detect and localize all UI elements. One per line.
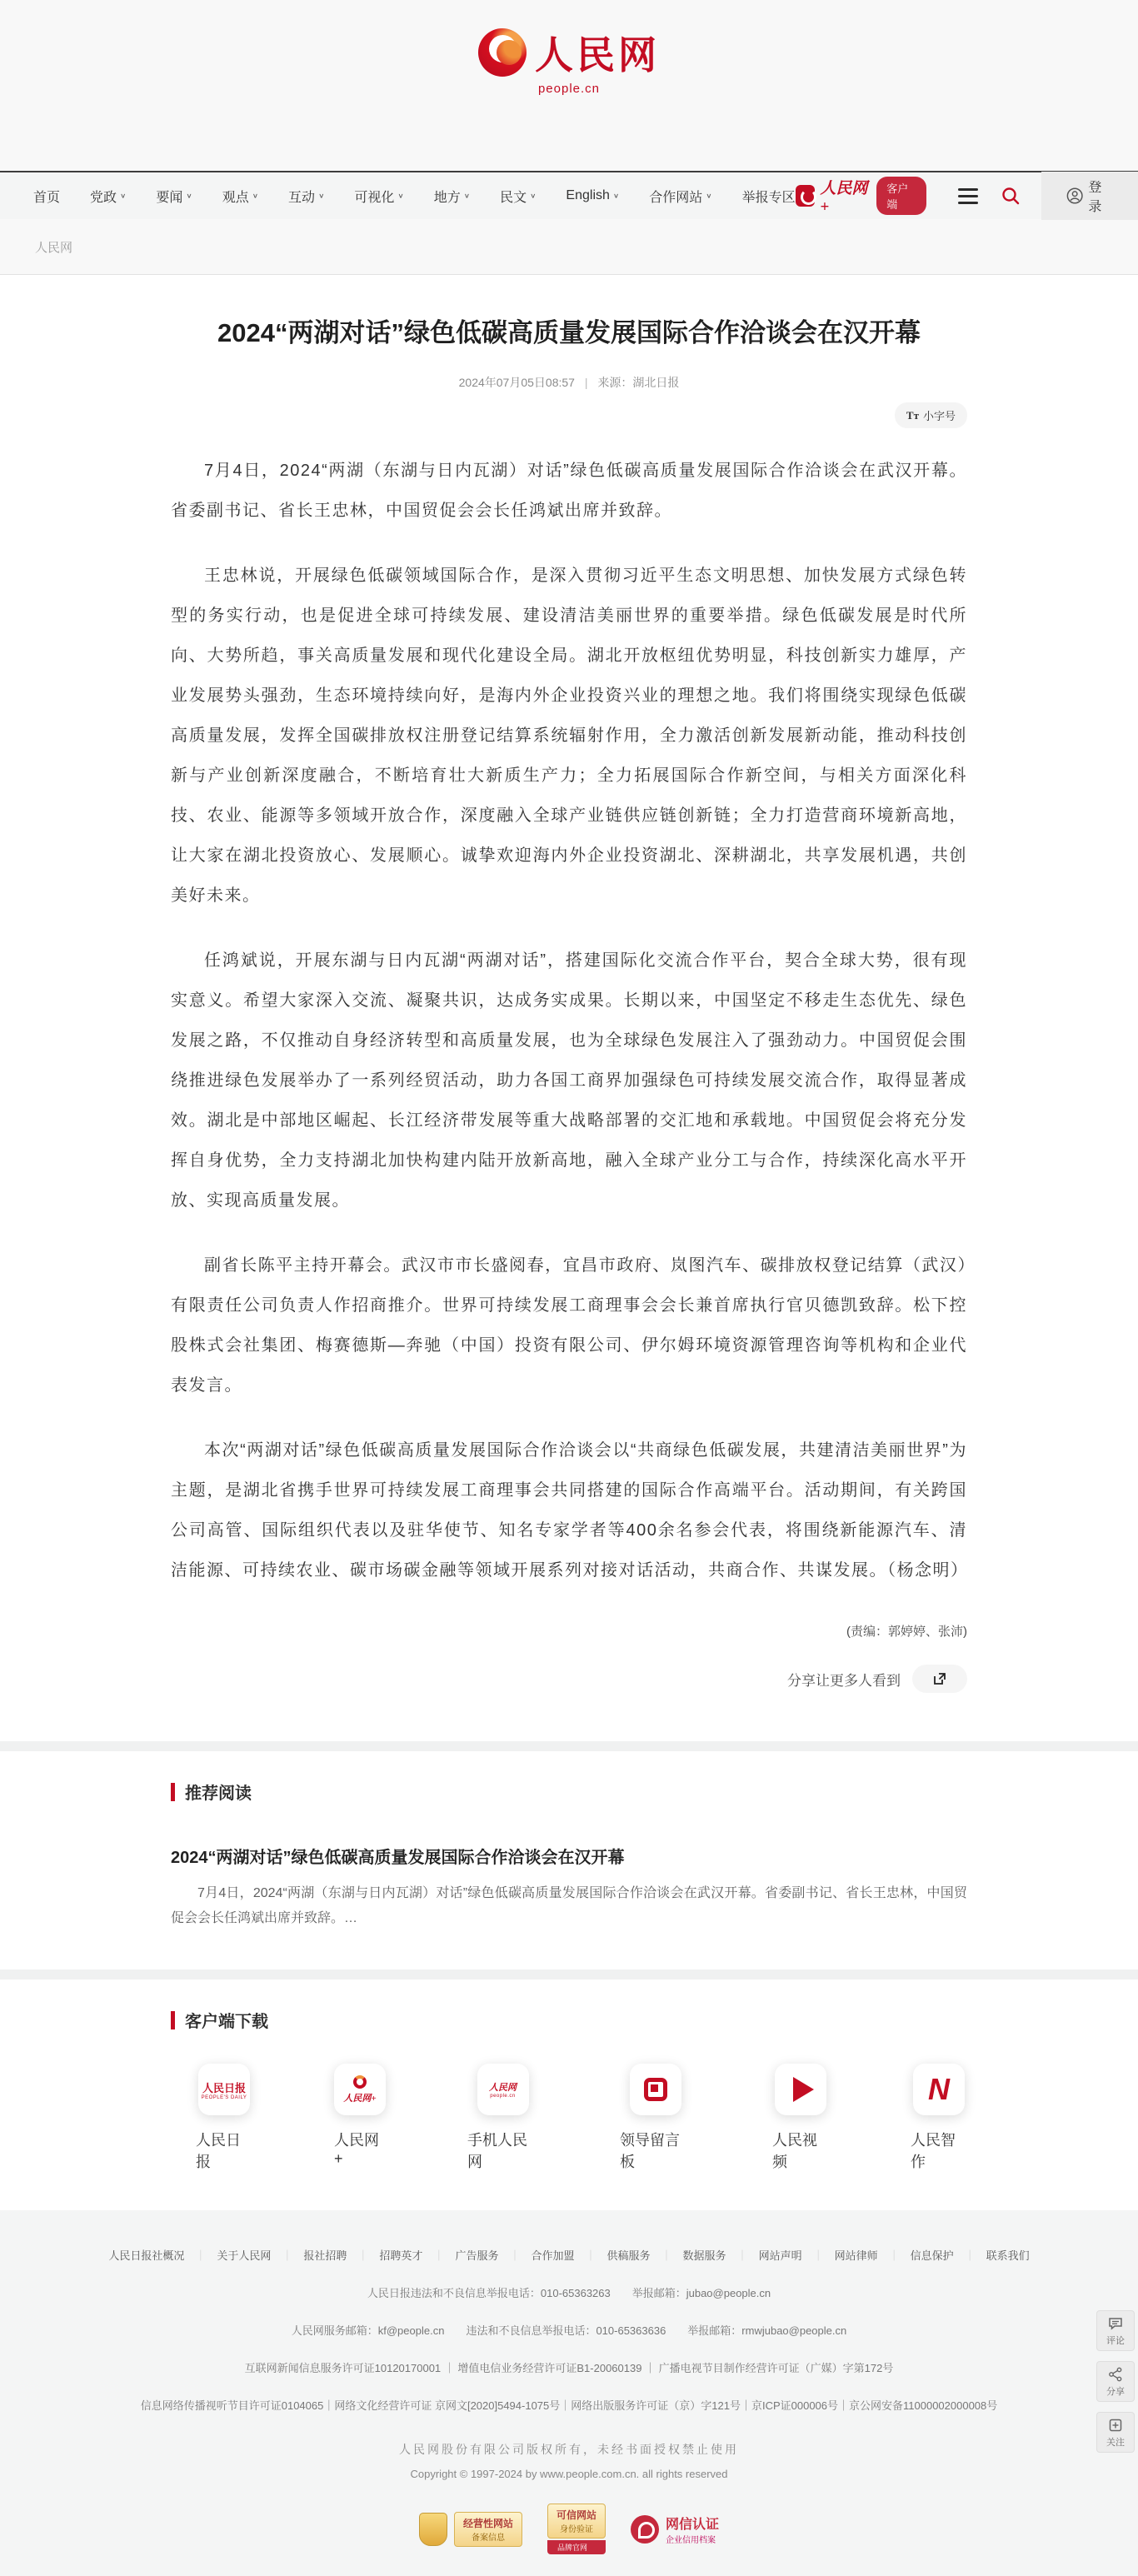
recommend-item-title[interactable]: 2024“两湖对话”绿色低碳高质量发展国际合作洽谈会在汉开幕 [171, 1844, 967, 1868]
meta-separator: | [585, 376, 588, 389]
nav-item-home[interactable]: 首页 [33, 187, 60, 206]
article-meta: 2024年07月05日08:57 | 来源：湖北日报 [171, 374, 967, 391]
app-name: 人民日报 [196, 2129, 252, 2172]
badge-wangxin-cert[interactable]: 网信认证企业信用档案 [631, 2514, 719, 2545]
share-label: 分享让更多人看到 [787, 1669, 901, 1690]
footer-copyright-en: Copyright © 1997-2024 by www.people.com.… [0, 2468, 1138, 2480]
app-client-pill: 客户端 [876, 177, 926, 215]
app-name: 手机人民网 [467, 2129, 538, 2172]
app-badge-name: 人民网+ [820, 176, 871, 217]
app-message-board[interactable]: 领导留言板 [620, 2064, 691, 2172]
badge-icp-record[interactable]: 经营性网站备案信息 [419, 2512, 522, 2547]
footer-link[interactable]: 信息保护 [911, 2247, 954, 2263]
footer-link[interactable]: 报社招聘 [303, 2247, 347, 2263]
floating-toolbar: 评论 分享 关注 [1096, 2310, 1135, 2453]
nav-item-guandian[interactable]: 观点∨ [222, 187, 258, 206]
apps-heading: 客户端下载 [185, 2008, 268, 2032]
chevron-down-icon: ∨ [464, 192, 470, 200]
search-icon [1001, 187, 1020, 205]
chevron-down-icon: ∨ [252, 192, 258, 200]
comment-button[interactable]: 评论 [1096, 2310, 1135, 2351]
recommend-heading: 推荐阅读 [185, 1780, 252, 1804]
font-size-label: 小字号 [923, 407, 956, 423]
paragraph: 副省长陈平主持开幕会。武汉市市长盛阅春，宜昌市政府、岚图汽车、碳排放权登记结算（… [171, 1246, 967, 1405]
chevron-down-icon: ∨ [318, 192, 324, 200]
nav-item-minwen[interactable]: 民文∨ [500, 187, 536, 206]
external-share-icon [932, 1671, 947, 1686]
footer-link[interactable]: 广告服务 [455, 2247, 498, 2263]
footer-link[interactable]: 关于人民网 [217, 2247, 271, 2263]
site-footer: 人民日报社概况｜ 关于人民网｜ 报社招聘｜ 招聘英才｜ 广告服务｜ 合作加盟｜ … [0, 2210, 1138, 2576]
recommend-item-excerpt: 7月4日，2024“两湖（东湖与日内瓦湖）对话”绿色低碳高质量发展国际合作洽谈会… [171, 1881, 967, 1931]
nav-item-jubao[interactable]: 举报专区 [742, 187, 796, 206]
app-name: 领导留言板 [620, 2129, 691, 2172]
paragraph: 任鸿斌说，开展东湖与日内瓦湖“两湖对话”，搭建国际化交流合作平台，契合全球大势，… [171, 941, 967, 1221]
source-label: 来源： [597, 376, 632, 389]
people-app-icon [796, 185, 816, 207]
site-logo[interactable]: 人民网 people.cn [478, 25, 660, 171]
footer-link[interactable]: 网站声明 [759, 2247, 802, 2263]
section-divider [0, 1741, 1138, 1751]
people-zhizuo-app-icon: N [913, 2064, 965, 2115]
chevron-down-icon: ∨ [530, 192, 536, 200]
footer-links: 人民日报社概况｜ 关于人民网｜ 报社招聘｜ 招聘英才｜ 广告服务｜ 合作加盟｜ … [0, 2247, 1138, 2263]
footer-legal-line: 人民网服务邮箱：kf@people.cn 违法和不良信息举报电话：010-653… [0, 2322, 1138, 2338]
share-nodes-icon [1108, 2367, 1123, 2382]
chevron-down-icon: ∨ [706, 192, 711, 200]
app-name: 人民视频 [772, 2129, 829, 2172]
chevron-down-icon: ∨ [186, 192, 192, 200]
people-plus-app-icon: 人民网+ [334, 2064, 386, 2115]
breadcrumb-bar: 人民网 [0, 219, 1138, 275]
people-cn-globe-icon [478, 28, 527, 77]
app-people-video[interactable]: 人民视频 [772, 2064, 829, 2172]
font-size-button[interactable]: Tᴛ 小字号 [895, 402, 967, 428]
apps-card: 客户端下载 人民日报 PEOPLE'S DAILY 人民日报 人民网+ 人民网+… [0, 1979, 1138, 2210]
footer-link[interactable]: 招聘英才 [379, 2247, 422, 2263]
app-people-plus[interactable]: 人民网+ 人民网+ [334, 2064, 386, 2172]
footer-legal-line: 人民日报违法和不良信息举报电话：010-65363263 举报邮箱：jubao@… [0, 2284, 1138, 2300]
badge-trusted-site[interactable]: 可信网站身份验证 品牌官网 [547, 2504, 606, 2554]
section-accent-bar [171, 1783, 175, 1801]
editor-note: (责编：郭婷婷、张沛) [171, 1622, 967, 1640]
recommend-card: 推荐阅读 2024“两湖对话”绿色低碳高质量发展国际合作洽谈会在汉开幕 7月4日… [0, 1751, 1138, 1969]
chevron-down-icon: ∨ [613, 192, 619, 200]
article-card: 2024“两湖对话”绿色低碳高质量发展国际合作洽谈会在汉开幕 2024年07月0… [0, 275, 1138, 1741]
breadcrumb[interactable]: 人民网 [35, 238, 72, 256]
app-people-zhizuo[interactable]: N 人民智作 [911, 2064, 967, 2172]
footer-copyright-cn: 人民网股份有限公司版权所有，未经书面授权禁止使用 [0, 2441, 1138, 2458]
footer-link[interactable]: 供稿服务 [607, 2247, 651, 2263]
footer-link[interactable]: 联系我们 [986, 2247, 1030, 2263]
chevron-down-icon: ∨ [120, 192, 126, 200]
footer-link[interactable]: 网站律师 [835, 2247, 878, 2263]
logo-domain-text: people.cn [538, 82, 600, 96]
footer-link[interactable]: 合作加盟 [531, 2247, 574, 2263]
logo-chinese-text: 人民网 [535, 25, 660, 80]
page-title: 2024“两湖对话”绿色低碳高质量发展国际合作洽谈会在汉开幕 [171, 313, 967, 352]
follow-panel-icon [1108, 2418, 1123, 2433]
follow-button[interactable]: 关注 [1096, 2412, 1135, 2453]
people-video-app-icon [775, 2064, 826, 2115]
paragraph: 本次“两湖对话”绿色低碳高质量发展国际合作洽谈会以“共商绿色低碳发展，共建清洁美… [171, 1430, 967, 1590]
source-name: 湖北日报 [632, 376, 679, 389]
app-promo-badge[interactable]: 人民网+ 客户端 [796, 176, 926, 217]
peoples-daily-app-icon: 人民日报 PEOPLE'S DAILY [198, 2064, 250, 2115]
search-button[interactable] [1001, 187, 1020, 205]
nav-item-hezuowangzhan[interactable]: 合作网站∨ [649, 187, 711, 206]
app-name: 人民智作 [911, 2129, 967, 2172]
footer-link[interactable]: 人民日报社概况 [108, 2247, 184, 2263]
footer-legal-line: 互联网新闻信息服务许可证10120170001 ｜ 增值电信业务经营许可证B1-… [0, 2359, 1138, 2375]
chevron-down-icon: ∨ [397, 192, 403, 200]
login-button[interactable]: 登录 [1041, 172, 1138, 220]
paragraph: 王忠林说，开展绿色低碳领域国际合作，是深入贯彻习近平生态文明思想、加快发展方式绿… [171, 556, 967, 916]
publish-date: 2024年07月05日08:57 [459, 376, 575, 389]
nav-item-hudong[interactable]: 互动∨ [288, 187, 324, 206]
message-board-app-icon [630, 2064, 681, 2115]
certification-badges: 经营性网站备案信息 可信网站身份验证 品牌官网 网信认证企业信用档案 [0, 2504, 1138, 2554]
nav-item-yaowen[interactable]: 要闻∨ [156, 187, 192, 206]
site-header: 人民网 people.cn [0, 0, 1138, 171]
app-mobile-people[interactable]: 人民网 people.cn 手机人民网 [467, 2064, 538, 2172]
section-divider [0, 1969, 1138, 1979]
nav-item-difang[interactable]: 地方∨ [434, 187, 470, 206]
certification-seal-icon [631, 2515, 659, 2544]
mobile-people-app-icon: 人民网 people.cn [477, 2064, 529, 2115]
user-icon [1066, 187, 1083, 205]
footer-link[interactable]: 数据服务 [683, 2247, 726, 2263]
comment-icon [1108, 2316, 1123, 2331]
article-body: 7月4日，2024“两湖（东湖与日内瓦湖）对话”绿色低碳高质量发展国际合作洽谈会… [171, 451, 967, 1590]
app-peoples-daily[interactable]: 人民日报 PEOPLE'S DAILY 人民日报 [196, 2064, 252, 2172]
app-name: 人民网+ [334, 2129, 386, 2168]
login-label: 登录 [1088, 177, 1113, 215]
footer-legal-line: 信息网络传播视听节目许可证0104065｜网络文化经营许可证 京网文[2020]… [0, 2397, 1138, 2413]
menu-hamburger-icon[interactable] [958, 188, 978, 204]
shield-icon [419, 2513, 447, 2546]
share-button[interactable] [912, 1665, 967, 1693]
share-sidebar-button[interactable]: 分享 [1096, 2361, 1135, 2402]
main-nav: 首页 党政∨ 要闻∨ 观点∨ 互动∨ 可视化∨ 地方∨ 民文∨ English∨… [0, 171, 1138, 219]
section-accent-bar [171, 2011, 175, 2029]
font-size-icon: Tᴛ [906, 409, 919, 422]
nav-item-english[interactable]: English∨ [566, 188, 619, 203]
nav-item-keshihua[interactable]: 可视化∨ [354, 187, 403, 206]
paragraph: 7月4日，2024“两湖（东湖与日内瓦湖）对话”绿色低碳高质量发展国际合作洽谈会… [171, 451, 967, 531]
nav-item-dangzheng[interactable]: 党政∨ [90, 187, 126, 206]
